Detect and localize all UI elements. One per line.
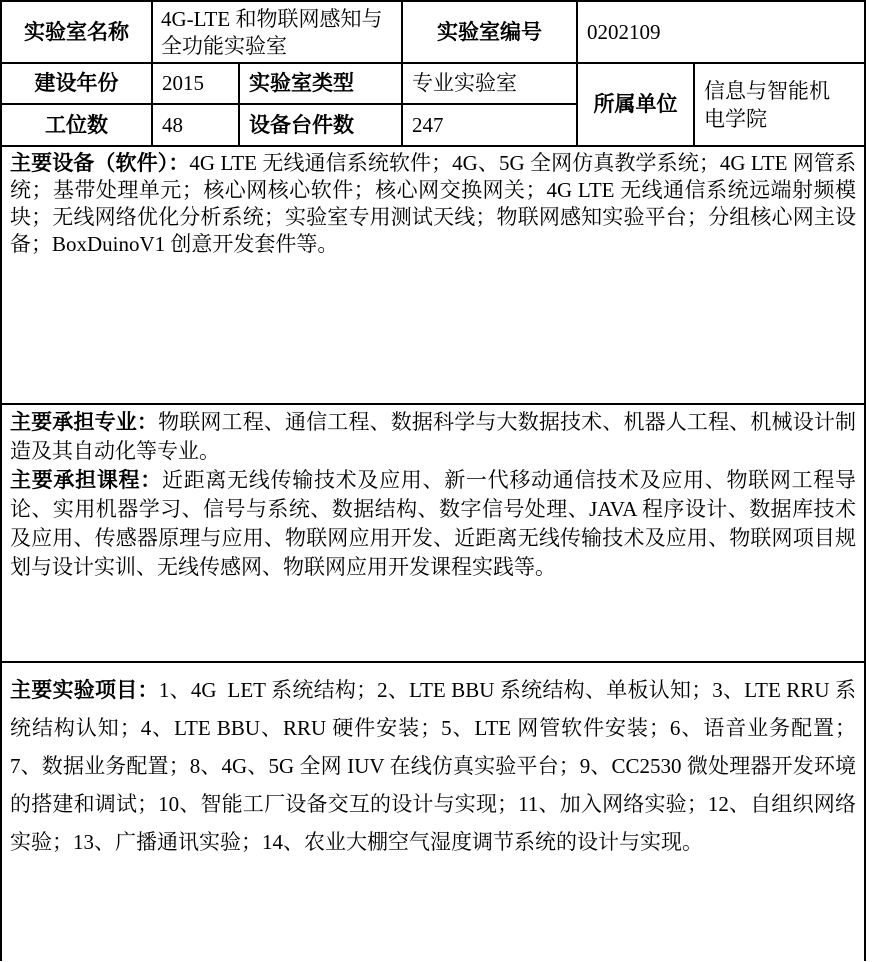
projects-section-text: 1、4G LET 系统结构；2、LTE BBU 系统结构、单板认知；3、LTE … — [10, 678, 856, 854]
lab-info-table: 实验室名称 4G-LTE 和物联网感知与全功能实验室 实验室编号 0202109… — [0, 0, 866, 961]
lab-name-value: 4G-LTE 和物联网感知与全功能实验室 — [152, 1, 402, 63]
equipment-paragraph: 主要设备（软件）：4G LTE 无线通信系统软件；4G、5G 全网仿真教学系统；… — [10, 150, 856, 258]
year-label: 建设年份 — [1, 63, 152, 104]
table-row-equipment-section: 主要设备（软件）：4G LTE 无线通信系统软件；4G、5G 全网仿真教学系统；… — [1, 146, 865, 404]
equipment-count-value: 247 — [402, 104, 577, 146]
table-row-year-type: 建设年份 2015 实验室类型 专业实验室 所属单位 信息与智能机电学院 — [1, 63, 865, 104]
unit-value: 信息与智能机电学院 — [694, 63, 865, 146]
projects-paragraph: 主要实验项目：1、4G LET 系统结构；2、LTE BBU 系统结构、单板认知… — [10, 671, 856, 861]
lab-id-label: 实验室编号 — [402, 1, 577, 63]
lab-id-value: 0202109 — [577, 1, 865, 63]
table-row-lab-name: 实验室名称 4G-LTE 和物联网感知与全功能实验室 实验室编号 0202109 — [1, 1, 865, 63]
lab-name-label: 实验室名称 — [1, 1, 152, 63]
document-page: 实验室名称 4G-LTE 和物联网感知与全功能实验室 实验室编号 0202109… — [0, 0, 872, 962]
workstations-label: 工位数 — [1, 104, 152, 146]
equipment-section-cell: 主要设备（软件）：4G LTE 无线通信系统软件；4G、5G 全网仿真教学系统；… — [1, 146, 865, 404]
equipment-count-label: 设备台件数 — [239, 104, 402, 146]
table-row-projects-section: 主要实验项目：1、4G LET 系统结构；2、LTE BBU 系统结构、单板认知… — [1, 662, 865, 961]
majors-courses-section-cell: 主要承担专业：物联网工程、通信工程、数据科学与大数据技术、机器人工程、机械设计制… — [1, 404, 865, 662]
year-value: 2015 — [152, 63, 239, 104]
table-row-majors-courses-section: 主要承担专业：物联网工程、通信工程、数据科学与大数据技术、机器人工程、机械设计制… — [1, 404, 865, 662]
projects-section-label: 主要实验项目： — [10, 678, 159, 702]
majors-section-label: 主要承担专业： — [10, 410, 158, 434]
courses-section-label: 主要承担课程： — [10, 468, 162, 492]
courses-paragraph: 主要承担课程：近距离无线传输技术及应用、新一代移动通信技术及应用、物联网工程导论… — [10, 466, 856, 582]
majors-paragraph: 主要承担专业：物联网工程、通信工程、数据科学与大数据技术、机器人工程、机械设计制… — [10, 408, 856, 466]
unit-label: 所属单位 — [577, 63, 694, 146]
type-label: 实验室类型 — [239, 63, 402, 104]
projects-section-cell: 主要实验项目：1、4G LET 系统结构；2、LTE BBU 系统结构、单板认知… — [1, 662, 865, 961]
workstations-value: 48 — [152, 104, 239, 146]
equipment-section-label: 主要设备（软件）： — [10, 151, 189, 175]
type-value: 专业实验室 — [402, 63, 577, 104]
